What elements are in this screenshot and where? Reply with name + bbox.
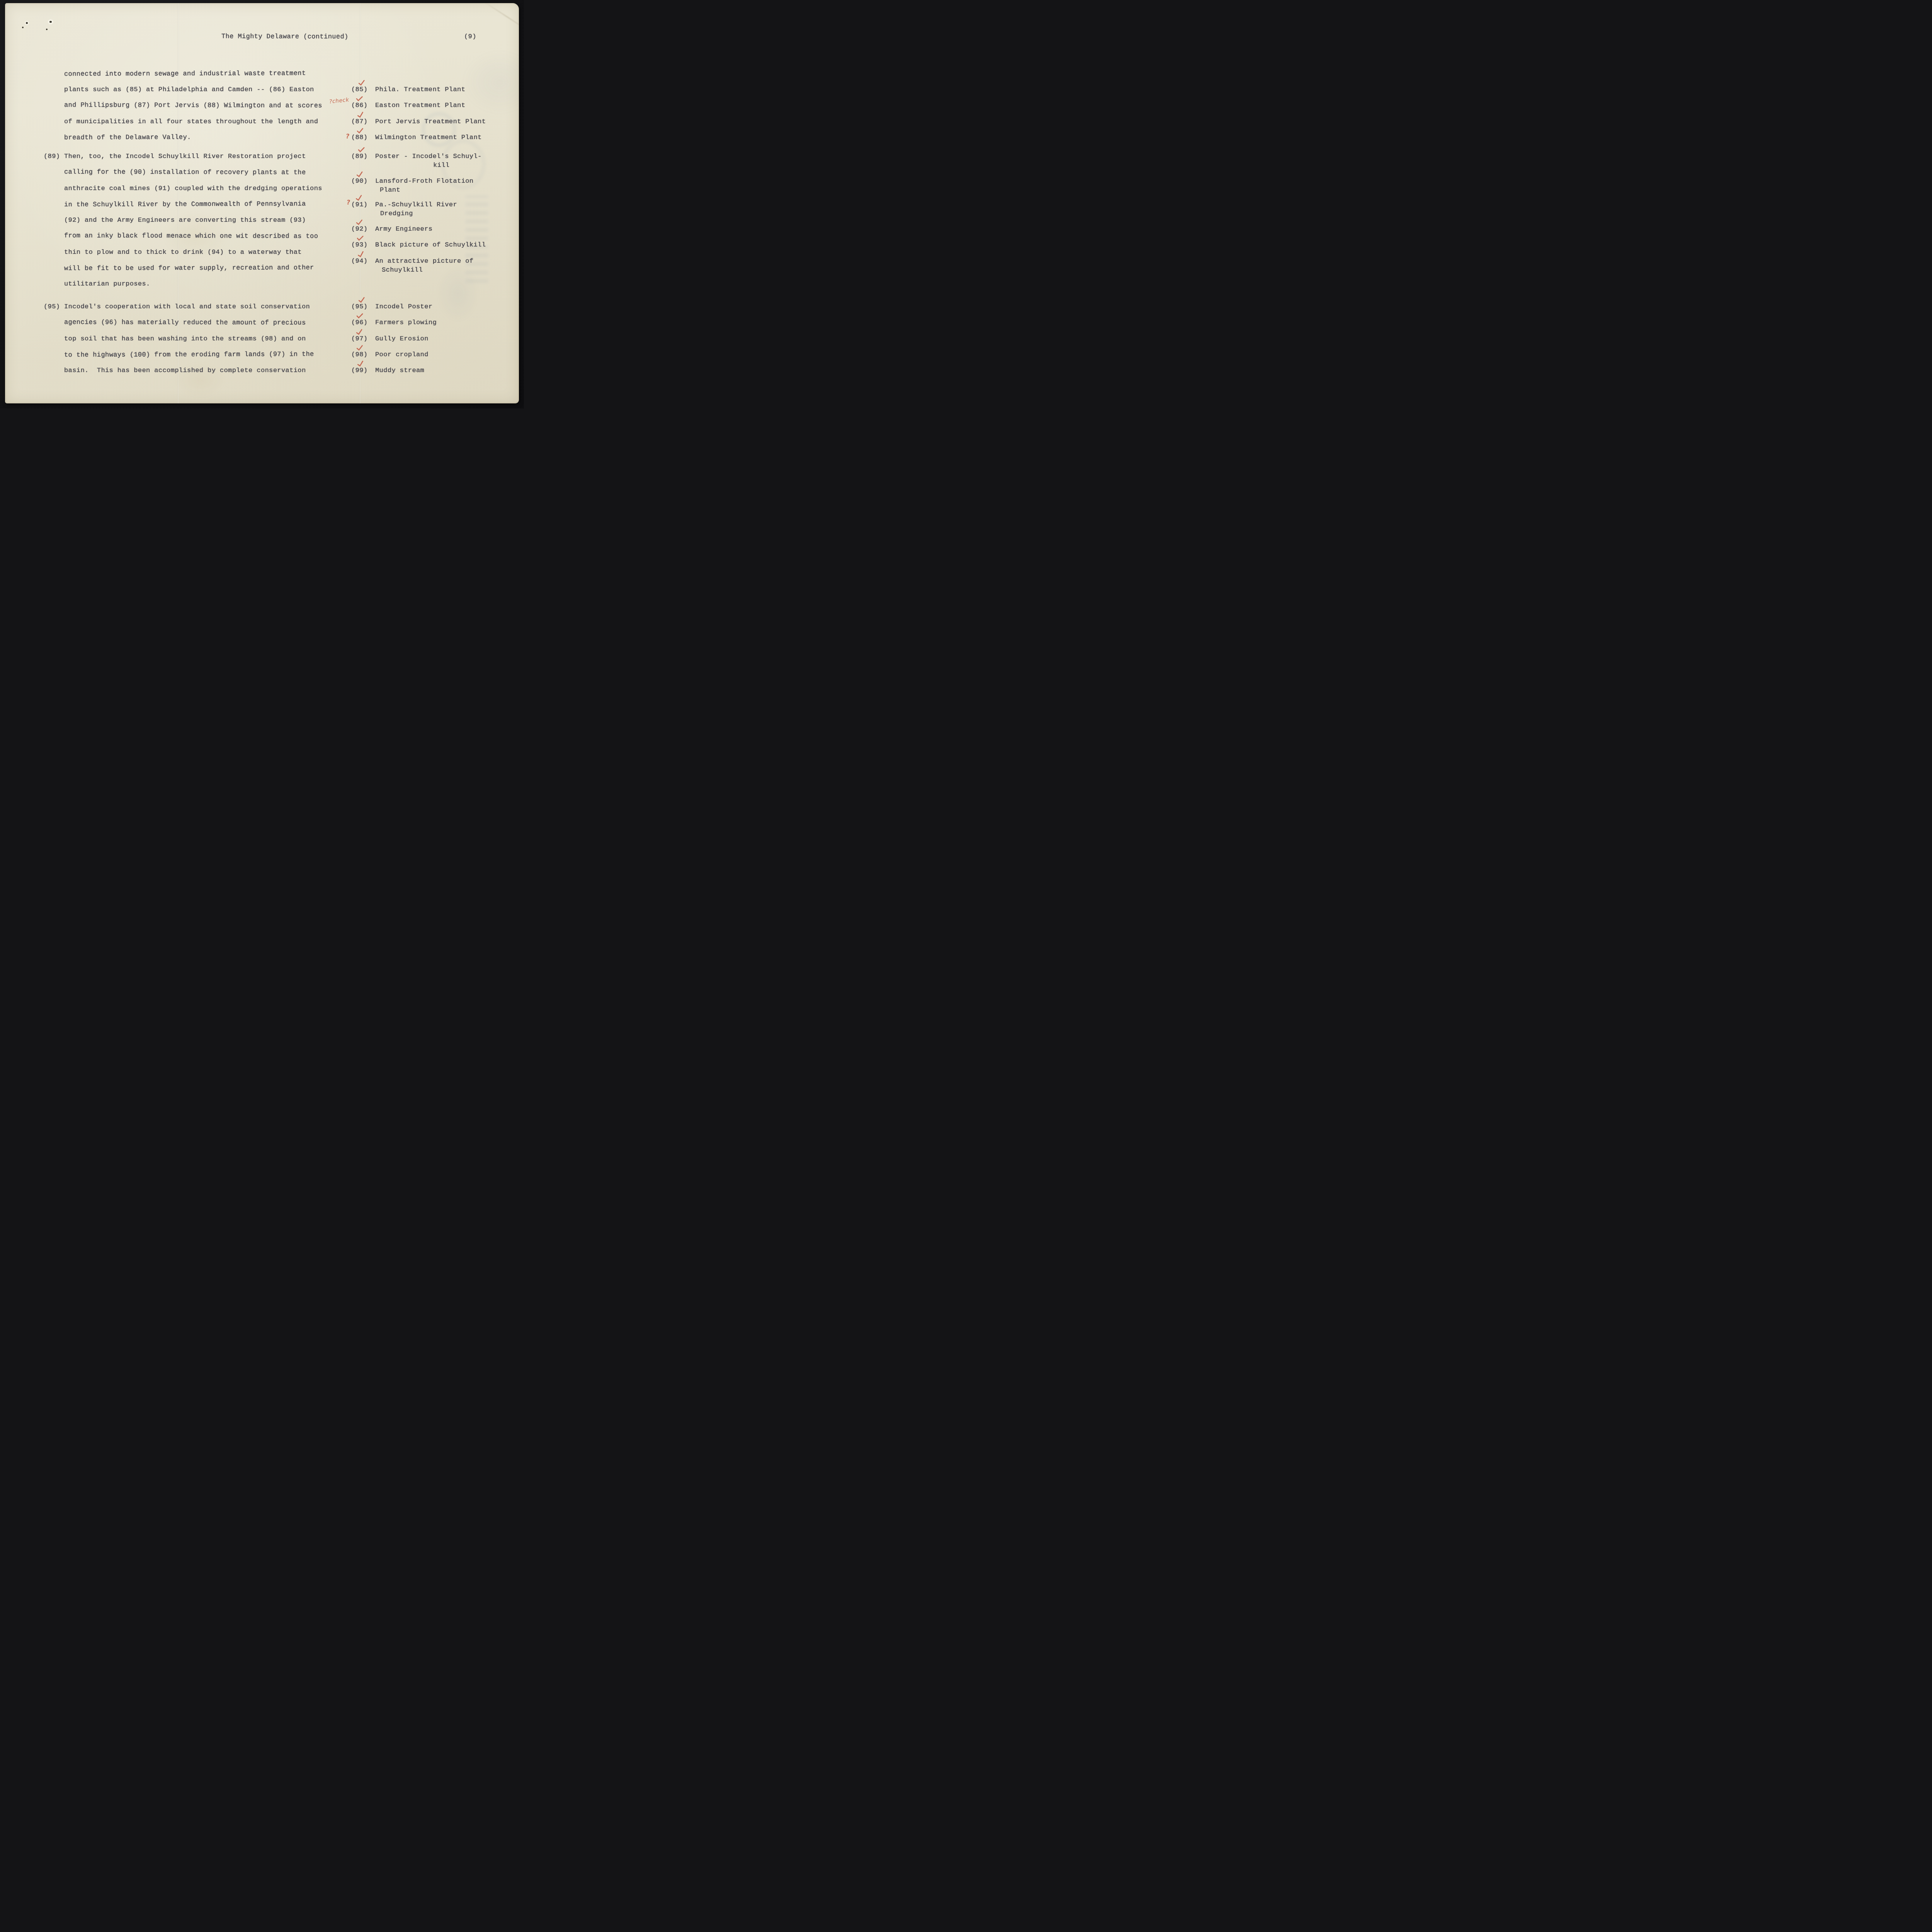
shot-label: Black picture of Schuylkill xyxy=(375,242,486,249)
shot-label: Incodel Poster xyxy=(375,304,432,311)
typescript-page: The Mighty Delaware (continued) (9) conn… xyxy=(5,3,519,403)
shot-number: (97) xyxy=(351,336,367,343)
red-check-icon xyxy=(358,80,365,86)
shot-number: (88) xyxy=(351,134,367,141)
shot-number: (85) xyxy=(351,87,367,94)
shot-label: Wilmington Treatment Plant xyxy=(375,134,482,141)
red-check-icon xyxy=(357,360,365,367)
pin-hole xyxy=(26,22,28,24)
typescript-line: agencies (96) has materially reduced the… xyxy=(64,319,306,327)
shot-label: Muddy stream xyxy=(375,367,424,374)
typescript-line: utilitarian purposes. xyxy=(64,281,150,288)
red-check-icon xyxy=(355,195,363,202)
typescript-line: in the Schuylkill River by the Commonwea… xyxy=(64,201,306,209)
handwritten-note: ?check xyxy=(329,97,349,105)
typescript-line: breadth of the Delaware Valley. xyxy=(64,134,191,141)
red-check-icon xyxy=(356,345,363,351)
shot-label: Lansford-Froth Flotation xyxy=(375,178,473,185)
pin-hole xyxy=(46,29,48,30)
handwritten-question-mark: ? xyxy=(345,133,350,140)
typescript-line: calling for the (90) installation of rec… xyxy=(64,169,306,177)
handwritten-question-mark: ? xyxy=(346,199,350,206)
typescript-line: anthracite coal mines (91) coupled with … xyxy=(64,185,322,192)
typescript-line: of municipalities in all four states thr… xyxy=(64,119,318,126)
typescript-line: Incodel's cooperation with local and sta… xyxy=(64,304,310,311)
typescript-line: from an inky black flood menace which on… xyxy=(64,233,318,240)
pin-hole xyxy=(22,27,24,28)
shot-label-line2: Dredging xyxy=(380,211,413,218)
shot-label: Phila. Treatment Plant xyxy=(375,87,465,94)
shot-label: Poor cropland xyxy=(375,352,429,359)
shot-label: Poster - Incodel's Schuyl- xyxy=(375,153,482,160)
typescript-line: (92) and the Army Engineers are converti… xyxy=(64,217,306,224)
typescript-line: top soil that has been washing into the … xyxy=(64,336,306,343)
pin-hole xyxy=(49,21,52,23)
scanned-page-canvas: The Mighty Delaware (continued) (9) conn… xyxy=(0,0,524,408)
red-check-icon xyxy=(355,219,363,225)
shot-number: (95) xyxy=(351,304,367,311)
paragraph-number: (95) xyxy=(44,304,60,311)
paper-stain xyxy=(461,49,519,115)
shot-number: (89) xyxy=(351,153,367,160)
red-check-icon xyxy=(357,111,365,118)
shot-number: (98) xyxy=(351,352,367,359)
red-check-icon xyxy=(357,128,364,134)
shot-label: Army Engineers xyxy=(375,226,432,233)
typescript-line: connected into modern sewage and industr… xyxy=(64,70,306,78)
shot-number: (93) xyxy=(351,242,367,249)
shot-label-line2: Schuylkill xyxy=(382,267,423,274)
corner-crease xyxy=(483,3,519,33)
red-check-icon xyxy=(356,171,364,178)
shot-number: (90) xyxy=(351,178,367,185)
shot-label-line2: Plant xyxy=(380,187,400,194)
typescript-line: and Phillipsburg (87) Port Jervis (88) W… xyxy=(64,102,322,110)
shot-label: Farmers plowing xyxy=(375,320,437,327)
red-check-icon xyxy=(357,235,364,241)
shot-number: (92) xyxy=(351,226,367,233)
showthrough-mark xyxy=(422,112,456,147)
red-check-icon xyxy=(358,297,366,303)
shot-label: Port Jervis Treatment Plant xyxy=(375,119,486,126)
typescript-line: basin. This has been accomplished by com… xyxy=(64,367,306,374)
shot-number: (94) xyxy=(351,258,367,265)
typescript-line: to the highways (100) from the eroding f… xyxy=(64,351,314,359)
red-check-icon xyxy=(357,251,365,258)
shot-number: (96) xyxy=(351,320,367,327)
shot-number: (87) xyxy=(351,119,367,126)
shot-label-line2: kill xyxy=(433,162,449,169)
typescript-line: Then, too, the Incodel Schuylkill River … xyxy=(64,153,306,160)
page-title: The Mighty Delaware (continued) xyxy=(221,34,349,41)
shot-label: Pa.-Schuylkill River xyxy=(375,202,457,209)
red-check-icon xyxy=(356,313,364,319)
paragraph-number: (89) xyxy=(44,153,60,160)
shot-number: (86) xyxy=(351,102,367,109)
red-check-icon xyxy=(358,147,365,153)
shot-label: Gully Erosion xyxy=(375,336,429,343)
shot-number: (99) xyxy=(351,367,367,374)
page-number: (9) xyxy=(464,34,476,41)
typescript-line: will be fit to be used for water supply,… xyxy=(64,265,314,272)
shot-number: (91) xyxy=(351,202,367,209)
showthrough-mark xyxy=(436,264,480,322)
red-check-icon xyxy=(355,329,363,336)
shot-label: An attractive picture of xyxy=(375,258,473,265)
typescript-line: thin to plow and to thick to drink (94) … xyxy=(64,249,302,256)
red-check-icon xyxy=(355,95,363,102)
shot-label: Easton Treatment Plant xyxy=(375,102,465,109)
typescript-line: plants such as (85) at Philadelphia and … xyxy=(64,87,314,94)
